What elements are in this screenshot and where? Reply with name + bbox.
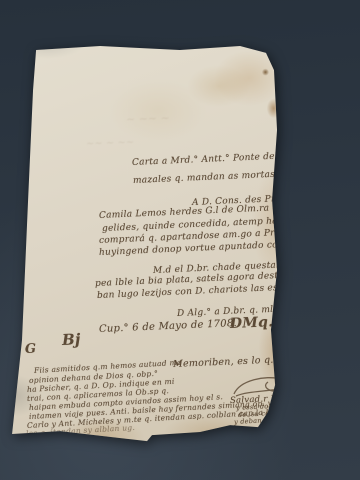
heading-line: mazales q. mandan as mortas. xyxy=(133,170,279,186)
side-annotation: Memoriben, es lo q. P.d xyxy=(173,354,292,370)
ink-showthrough: ~~ ~ ~~ xyxy=(86,137,135,150)
manuscript-paper: ~ ~~ ~ ~~ ~ ~~ Carta a Mrd.° Antt.° Pont… xyxy=(6,42,282,444)
heading-line: Carta a Mrd.° Antt.° Ponte del Rego lua … xyxy=(132,148,360,168)
paper-shadow: ~ ~~ ~ ~~ ~ ~~ Carta a Mrd.° Antt.° Pont… xyxy=(6,42,282,444)
ink-showthrough: ~ ~~ ~ xyxy=(126,111,170,126)
manuscript-photo: ~ ~~ ~ ~~ ~ ~~ Carta a Mrd.° Antt.° Pont… xyxy=(0,0,360,480)
secretary-initials: DMq. xyxy=(230,314,274,332)
paraph-flourish-icon: Bj xyxy=(62,330,81,349)
dateline: Cup.° 6 de Mayo de 1708. xyxy=(99,318,237,335)
paraph-flourish-icon: G xyxy=(25,342,37,357)
